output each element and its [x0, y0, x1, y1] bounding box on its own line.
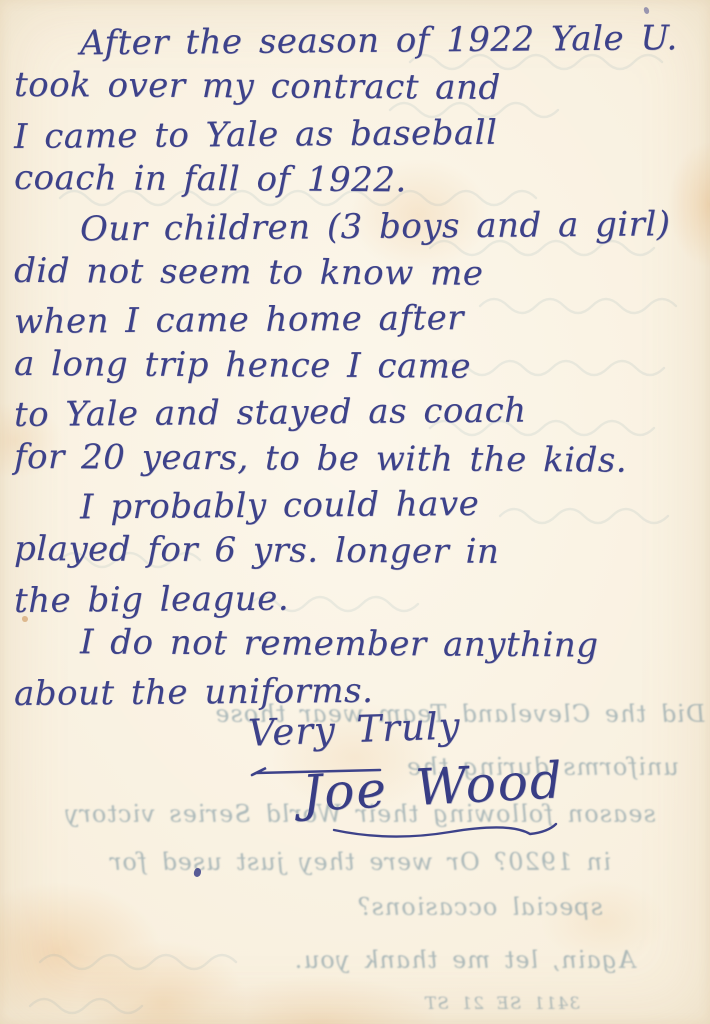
letter-line: for 20 years, to be with the kids. [14, 434, 704, 485]
bleed-through-line: in 1920? Or were they just used for [44, 848, 677, 876]
letter-line: did not seem to know me [14, 248, 704, 299]
letter-line: played for 6 yrs. longer in [14, 526, 704, 577]
letter-line: about the uniforms. [14, 665, 704, 717]
letter-line: coach in fall of 1922. [14, 155, 704, 206]
letter-line: to Yale and stayed as coach [14, 386, 704, 438]
letter-line: Our children (3 boys and a girl) [14, 201, 704, 253]
bleed-through-line: Again, let me thank you. [254, 946, 677, 974]
bleed-through-line: uniforms during the [379, 753, 707, 781]
letter-line: when I came home after [14, 293, 704, 345]
letter-line: a long trip hence I came [14, 341, 704, 392]
letter-line: took over my contract and [14, 62, 704, 113]
letter-line: the big league. [14, 572, 704, 624]
letter-line: After the season of 1922 Yale U. [14, 15, 704, 67]
bleed-through-line: 3411 SE 21 ST [429, 994, 581, 1014]
letter-line: I do not remember anything [14, 619, 704, 670]
bleed-through-line: special occasions? [299, 893, 662, 921]
letter-line: I came to Yale as baseball [14, 108, 704, 160]
bleed-through-line: season following their World Series vict… [44, 800, 677, 828]
letter-body: After the season of 1922 Yale U.took ove… [14, 18, 704, 714]
stain-speck [22, 616, 28, 622]
letter-line: I probably could have [14, 479, 704, 531]
letter-page: Did the Cleveland Team wear thoseuniform… [0, 0, 710, 1024]
